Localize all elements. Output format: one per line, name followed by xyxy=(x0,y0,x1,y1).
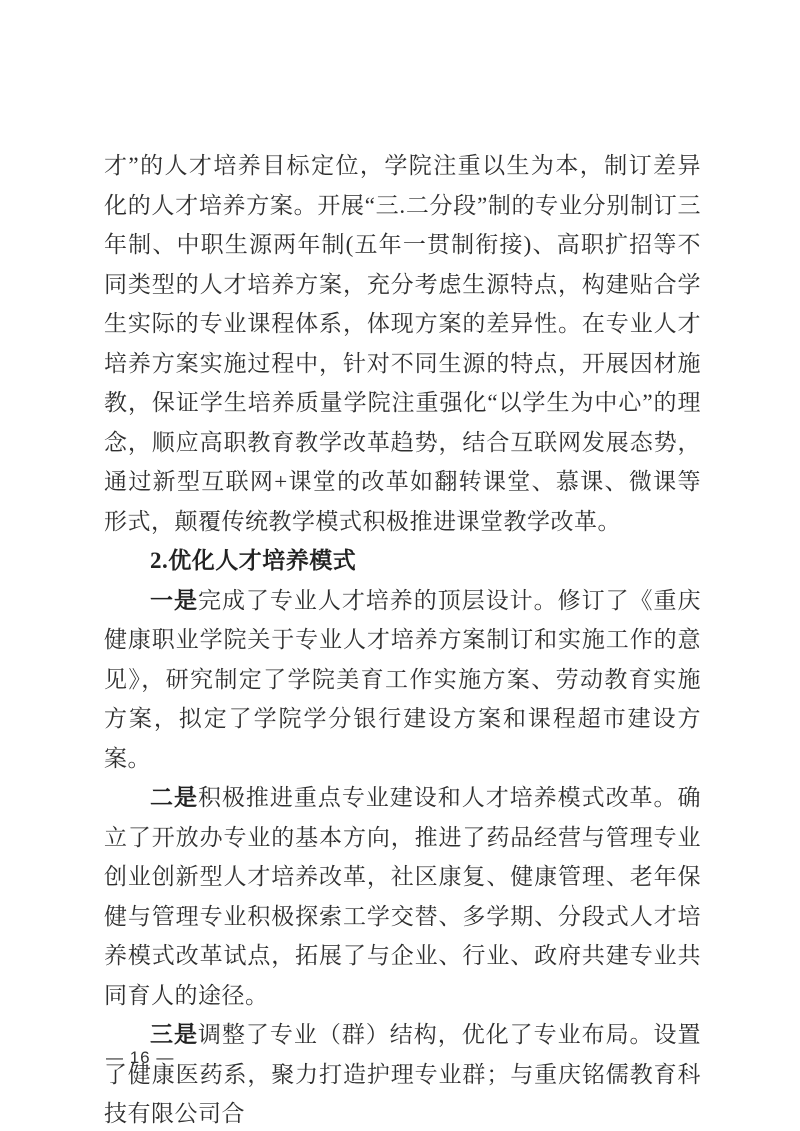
paragraph-continuation: 才”的人才培养目标定位，学院注重以生为本，制订差异化的人才培养方案。开展“三.二… xyxy=(104,146,701,541)
paragraph-text: 才”的人才培养目标定位，学院注重以生为本，制订差异化的人才培养方案。开展“三.二… xyxy=(104,153,701,534)
page-number: — 16 — xyxy=(106,1048,174,1068)
document-page: 才”的人才培养目标定位，学院注重以生为本，制订差异化的人才培养方案。开展“三.二… xyxy=(0,0,800,1131)
section-heading: 2.优化人才培养模式 xyxy=(104,541,701,581)
paragraph-text: 积极推进重点专业建设和人才培养模式改革。确立了开放办专业的基本方向，推进了药品经… xyxy=(104,785,701,1008)
paragraph-first-point: 一是完成了专业人才培养的顶层设计。修订了《重庆健康职业学院关于专业人才培养方案制… xyxy=(104,581,701,779)
paragraph-third-point: 三是调整了专业（群）结构，优化了专业布局。设置了健康医药系，聚力打造护理专业群；… xyxy=(104,1015,701,1131)
paragraph-text: 完成了专业人才培养的顶层设计。修订了《重庆健康职业学院关于专业人才培养方案制订和… xyxy=(104,588,701,771)
paragraph-second-point: 二是积极推进重点专业建设和人才培养模式改革。确立了开放办专业的基本方向，推进了药… xyxy=(104,778,701,1015)
paragraph-lead: 一是 xyxy=(150,588,198,613)
section-heading-label: 2.优化人才培养模式 xyxy=(150,548,356,573)
paragraph-lead: 三是 xyxy=(150,1022,198,1047)
document-content: 才”的人才培养目标定位，学院注重以生为本，制订差异化的人才培养方案。开展“三.二… xyxy=(104,146,701,1131)
paragraph-lead: 二是 xyxy=(150,785,198,810)
